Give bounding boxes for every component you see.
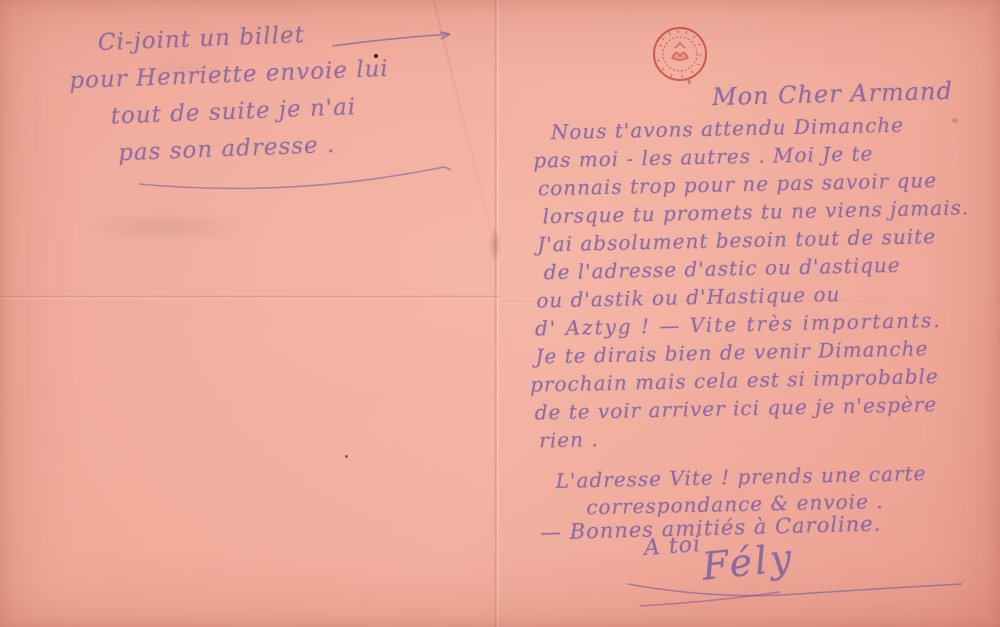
valediction: A toi	[643, 532, 702, 561]
horizontal-fold-crease-left	[0, 295, 500, 299]
diagonal-crease	[430, 0, 492, 233]
signature: Fély	[700, 535, 796, 588]
fold-tear	[489, 226, 501, 264]
circular-red-stamp-icon	[642, 22, 720, 92]
salutation: Mon Cher Armand	[712, 77, 954, 111]
letter-scan: Ci-joint un billet pour Henriette envoie…	[0, 0, 1000, 627]
ink-speck	[345, 455, 348, 458]
vertical-fold-crease	[494, 0, 499, 627]
left-page-note: Ci-joint un billet pour Henriette envoie…	[67, 14, 392, 174]
paper-smudge	[88, 212, 248, 242]
letter-body: Nous t'avons attendu Dimanche pas moi - …	[525, 109, 975, 454]
